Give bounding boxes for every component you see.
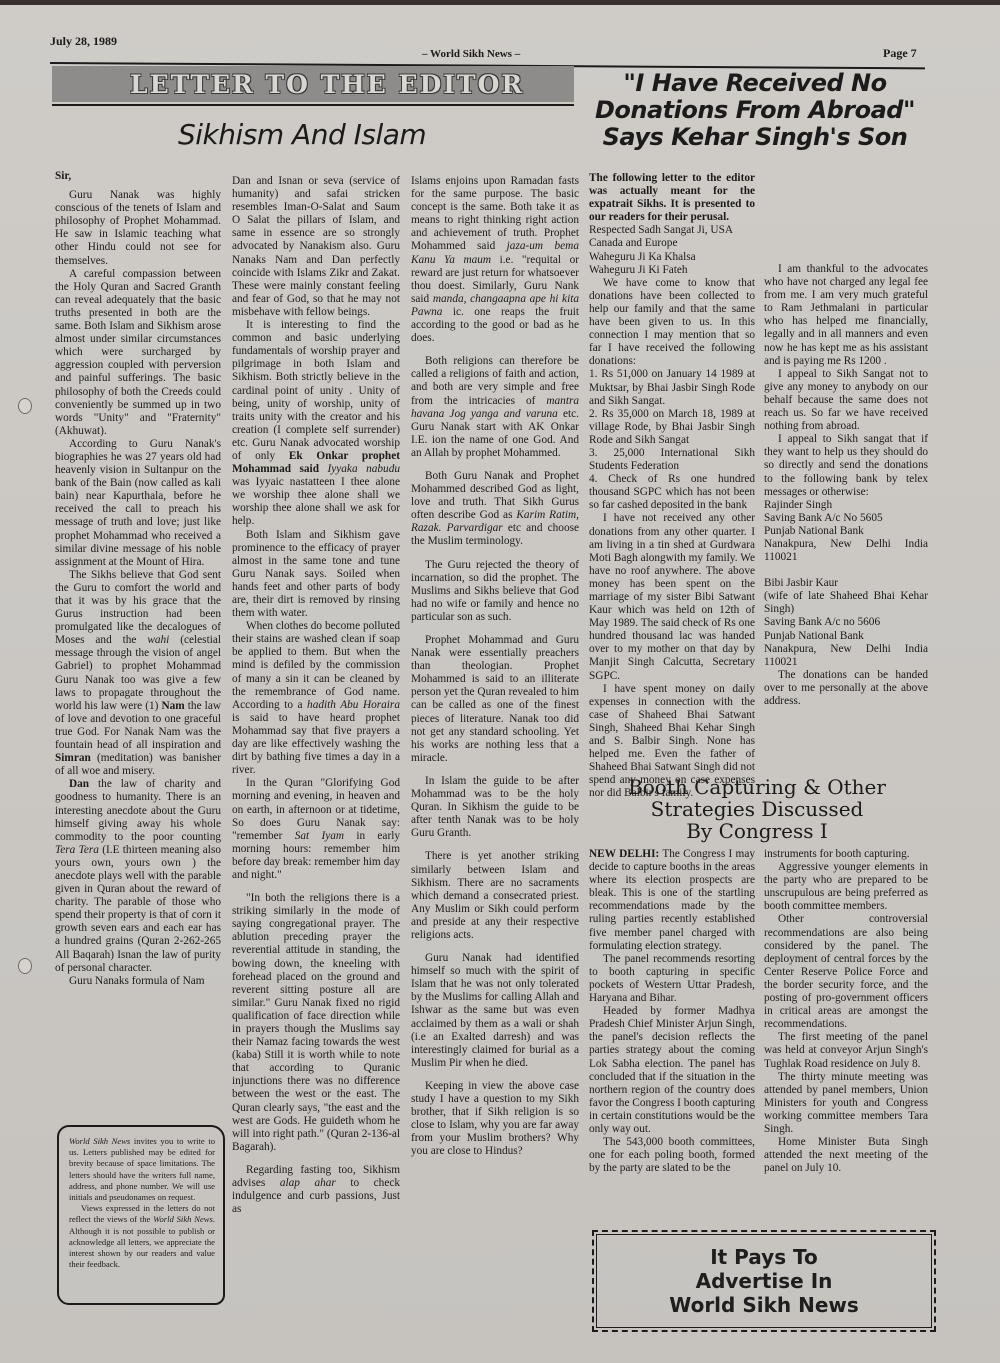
paragraph: We have come to know that donations have… — [589, 277, 755, 369]
advertisement-box: It Pays To Advertise In World Sikh News — [592, 1230, 936, 1332]
paragraph: Prophet Mohammad and Guru Nanak were ess… — [411, 634, 579, 765]
donations-column-2: I am thankful to the advocates who have … — [764, 172, 928, 708]
salutation: Sir, — [55, 170, 221, 183]
donation-item: 2. Rs 35,000 on March 18, 1989 at villag… — [589, 408, 755, 447]
paragraph: Regarding fasting too, Sikhism advises a… — [232, 1164, 400, 1216]
bank-account-1: Rajinder Singh Saving Bank A/c No 5605 P… — [764, 499, 928, 564]
donation-item: 1. Rs 51,000 on January 14 1989 at Mukts… — [589, 368, 755, 407]
notice-paragraph: World Sikh News invites you to write to … — [69, 1136, 215, 1203]
paragraph: NEW DELHI: The Congress I may decide to … — [589, 848, 755, 953]
paragraph: Aggressive younger elements in the party… — [764, 861, 928, 913]
paragraph: In Islam the guide to be after Mohammad … — [411, 775, 579, 840]
dateline: NEW DELHI: — [589, 848, 659, 860]
article-column-3: Islams enjoins upon Ramadan fasts for th… — [411, 175, 579, 1158]
paragraph: I have not received any other donations … — [589, 512, 755, 682]
binder-hole — [18, 958, 32, 974]
account-line: Punjab National Bank — [764, 630, 928, 643]
booth-column-2: instruments for booth capturing. Aggress… — [764, 848, 928, 1175]
greeting-line: Respected Sadh Sangat Ji, USA Canada and… — [589, 224, 755, 250]
paragraph: Keeping in view the above case study I h… — [411, 1080, 579, 1159]
account-line: (wife of late Shaheed Bhai Kehar Singh) — [764, 590, 928, 616]
publication-name: – World Sikh News – — [422, 48, 520, 60]
binder-hole — [18, 398, 32, 414]
account-line: Saving Bank A/c no 5606 — [764, 616, 928, 629]
paragraph: Guru Nanaks formula of Nam — [55, 975, 221, 988]
greeting-line: Waheguru Ji Ka Khalsa — [589, 251, 755, 264]
donation-item: 3. 25,000 International Sikh Students Fe… — [589, 447, 755, 473]
booth-column-1: NEW DELHI: The Congress I may decide to … — [589, 848, 755, 1175]
paragraph: "In both the religions there is a striki… — [232, 892, 400, 1154]
page-top-edge — [0, 0, 1000, 5]
paragraph: The thirty minute meeting was attended b… — [764, 1071, 928, 1136]
bank-account-2: Bibi Jasbir Kaur (wife of late Shaheed B… — [764, 577, 928, 669]
paragraph: Dan the law of charity and goodness to h… — [55, 778, 221, 974]
section-banner-text: LETTER TO THE EDITOR — [130, 70, 524, 99]
article-column-2: Dan and Isnan or seva (service of humani… — [232, 175, 400, 1216]
paragraph: I am thankful to the advocates who have … — [764, 263, 928, 368]
notice-paragraph: Views expressed in the letters do not re… — [69, 1203, 215, 1270]
account-line: Rajinder Singh — [764, 499, 928, 512]
paragraph: The panel recommends resorting to booth … — [589, 953, 755, 1005]
paragraph: Headed by former Madhya Pradesh Chief Mi… — [589, 1005, 755, 1136]
paragraph: The Sikhs believe that God sent the Guru… — [55, 569, 221, 779]
banner-rule — [52, 104, 574, 106]
headline-no-donations: "I Have Received No Donations From Abroa… — [590, 70, 920, 151]
headline-sikhism-and-islam: Sikhism And Islam — [178, 118, 426, 151]
intro: The following letter to the editor was a… — [589, 172, 755, 224]
newspaper-page: July 28, 1989 – World Sikh News – Page 7… — [0, 0, 1000, 1363]
paragraph: Islams enjoins upon Ramadan fasts for th… — [411, 175, 579, 345]
paragraph: The Guru rejected the theory of incarnat… — [411, 559, 579, 624]
paragraph: Both Islam and Sikhism gave prominence t… — [232, 529, 400, 621]
section-banner: LETTER TO THE EDITOR — [52, 66, 574, 102]
account-line: Saving Bank A/c No 5605 — [764, 512, 928, 525]
paragraph: I appeal to Sikh sangat that if they wan… — [764, 433, 928, 498]
paragraph: When clothes do become polluted their st… — [232, 620, 400, 777]
paragraph: It is interesting to find the common and… — [232, 319, 400, 529]
paragraph: Guru Nanak had identified himself so muc… — [411, 952, 579, 1070]
account-line: Bibi Jasbir Kaur — [764, 577, 928, 590]
account-line: Nanakpura, New Delhi India 110021 — [764, 643, 928, 669]
ad-line: Advertise In — [696, 1269, 833, 1293]
headline-booth-capturing: Booth Capturing & Other Strategies Discu… — [592, 776, 922, 842]
paragraph: Home Minister Buta Singh attended the ne… — [764, 1136, 928, 1175]
paragraph: According to Guru Nanak's biographies he… — [55, 438, 221, 569]
paragraph: The donations can be handed over to me p… — [764, 669, 928, 708]
article-column-1: Sir, Guru Nanak was highly conscious of … — [55, 170, 221, 988]
page-number: Page 7 — [883, 46, 917, 61]
paragraph: I appeal to Sikh Sangat not to give any … — [764, 368, 928, 433]
paragraph: There is yet another striking similarly … — [411, 850, 579, 942]
paragraph: Guru Nanak was highly conscious of the t… — [55, 189, 221, 268]
ad-line: World Sikh News — [669, 1293, 859, 1317]
donation-item: 4. Check of Rs one hundred thousand SGPC… — [589, 473, 755, 512]
paragraph: Other controversial recommendations are … — [764, 913, 928, 1031]
paragraph: Both religions can therefore be called a… — [411, 355, 579, 460]
ad-line: It Pays To — [710, 1245, 818, 1269]
paragraph: The 543,000 booth committees, one for ea… — [589, 1136, 755, 1175]
issue-date: July 28, 1989 — [50, 34, 117, 49]
greeting-line: Waheguru Ji Ki Fateh — [589, 264, 755, 277]
letters-policy-notice: World Sikh News invites you to write to … — [57, 1125, 225, 1305]
paragraph: instruments for booth capturing. — [764, 848, 928, 861]
donations-column-1: The following letter to the editor was a… — [589, 172, 755, 801]
paragraph: In the Quran "Glorifying God morning and… — [232, 777, 400, 882]
account-line: Punjab National Bank — [764, 525, 928, 538]
paragraph: A careful compassion between the Holy Qu… — [55, 268, 221, 438]
paragraph: Both Guru Nanak and Prophet Mohammed des… — [411, 470, 579, 549]
paragraph: The first meeting of the panel was held … — [764, 1031, 928, 1070]
account-line: Nanakpura, New Delhi India 110021 — [764, 538, 928, 564]
paragraph: Dan and Isnan or seva (service of humani… — [232, 175, 400, 319]
